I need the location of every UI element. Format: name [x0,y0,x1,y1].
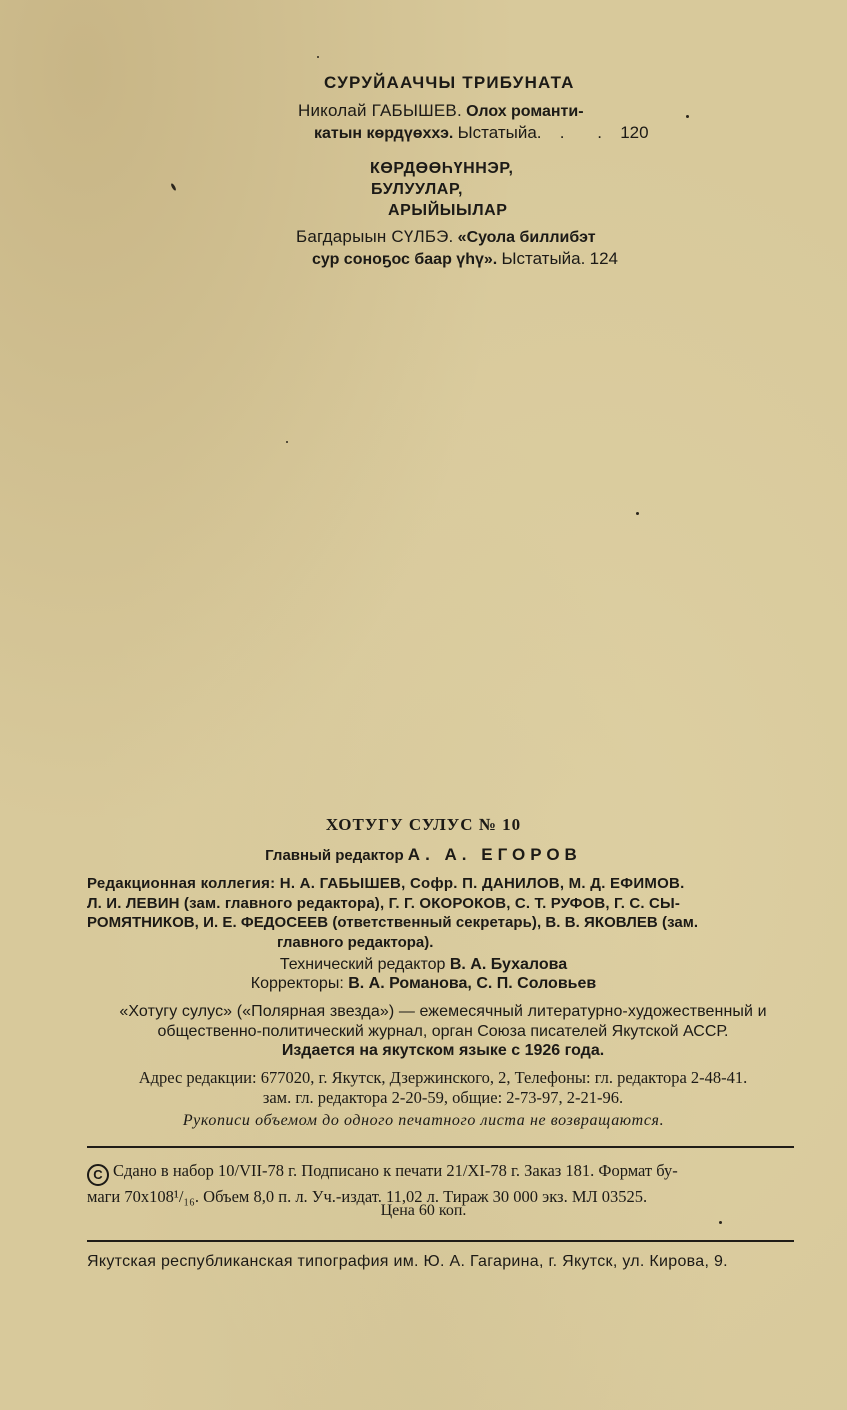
toc-entry-genre: Ыстатыйа. [458,123,542,142]
toc-entry-genre: Ыстатыйа. [501,249,585,268]
paper-speck [686,115,689,118]
editorial-board-line: главного редактора). [87,933,797,953]
divider [87,1240,794,1242]
divider [87,1146,794,1148]
address-line: Адрес редакции: 677020, г. Якутск, Дзерж… [87,1068,799,1088]
price: Цена 60 коп. [0,1202,847,1220]
copyright-icon: C [87,1164,109,1186]
toc-section-heading: КӨРДӨӨҺҮННЭР, БУЛУУЛАР, АРЫЙЫЫЛАР [370,158,514,221]
toc-entry-title-cont: катын көрдүөххэ. [314,125,453,142]
toc-entry-title: «Суола биллибэт [458,229,596,246]
editorial-board-line: Редакционная коллегия: Н. А. ГАБЫШЕВ, Со… [87,874,797,894]
toc-entry-leader-dots: . . [560,123,616,142]
manuscripts-notice: Рукописи объемом до одного печатного лис… [0,1112,847,1130]
tech-editor-name: В. А. Бухалова [450,956,567,973]
paper-speck [636,512,639,515]
chief-editor: Главный редактор А. А. ЕГОРОВ [0,845,847,865]
paper-speck [719,1221,722,1224]
print-info: CСдано в набор 10/VII-78 г. Подписано к … [87,1160,799,1207]
editorial-address: Адрес редакции: 677020, г. Якутск, Дзерж… [87,1068,799,1107]
description-line: общественно-политический журнал, орган С… [87,1022,799,1042]
journal-description: «Хотугу сулус» («Полярная звезда») — еже… [87,1002,799,1061]
description-line: Издается на якутском языке с 1926 года. [87,1041,799,1061]
tech-editor-label: Технический редактор [280,956,446,973]
toc-entry-page: 120 [620,123,648,142]
journal-title: ХОТУГУ СУЛУС № 10 [0,815,847,835]
paper-speck [317,56,319,58]
printer-info: Якутская республиканская типография им. … [87,1253,799,1271]
toc-heading-line: АРЫЙЫЫЛАР [388,200,514,221]
chief-editor-label: Главный редактор [265,847,403,864]
description-line: «Хотугу сулус» («Полярная звезда») — еже… [87,1002,799,1022]
toc-entry-author: Багдарыын СҮЛБЭ. [296,227,453,246]
toc-entry-title-cont: сур соноҕос баар үһү». [312,251,497,268]
correctors-names: В. А. Романова, С. П. Соловьев [348,975,596,992]
toc-entry-author: Николай ГАБЫШЕВ. [298,101,462,120]
toc-entry-1: Николай ГАБЫШЕВ. Олох романти- катын көр… [298,100,658,144]
paper-speck [286,441,288,443]
editorial-board-line: Л. И. ЛЕВИН (зам. главного редактора), Г… [87,894,797,914]
editorial-board: Редакционная коллегия: Н. А. ГАБЫШЕВ, Со… [87,874,797,952]
toc-heading-line: КӨРДӨӨҺҮННЭР, [370,158,514,179]
correctors-label: Корректоры: [251,975,344,992]
address-line: зам. гл. редактора 2-20-59, общие: 2-73-… [87,1088,799,1108]
toc-entry-2: Багдарыын СҮЛБЭ. «Суола биллибэт сур сон… [296,226,656,270]
technical-staff: Технический редактор В. А. Бухалова Корр… [0,955,847,993]
paper-speck [170,183,177,191]
editorial-board-line: РОМЯТНИКОВ, И. Е. ФЕДОСЕЕВ (ответственны… [87,913,797,933]
toc-entry-title: Олох романти- [466,103,583,120]
toc-heading-line: БУЛУУЛАР, [371,179,514,200]
chief-editor-name: А. А. ЕГОРОВ [408,845,582,864]
toc-entry-page: 124 [590,249,618,268]
print-info-line: Сдано в набор 10/VII-78 г. Подписано к п… [113,1161,678,1180]
toc-section-title: СУРУЙААЧЧЫ ТРИБУНАТА [324,73,575,93]
